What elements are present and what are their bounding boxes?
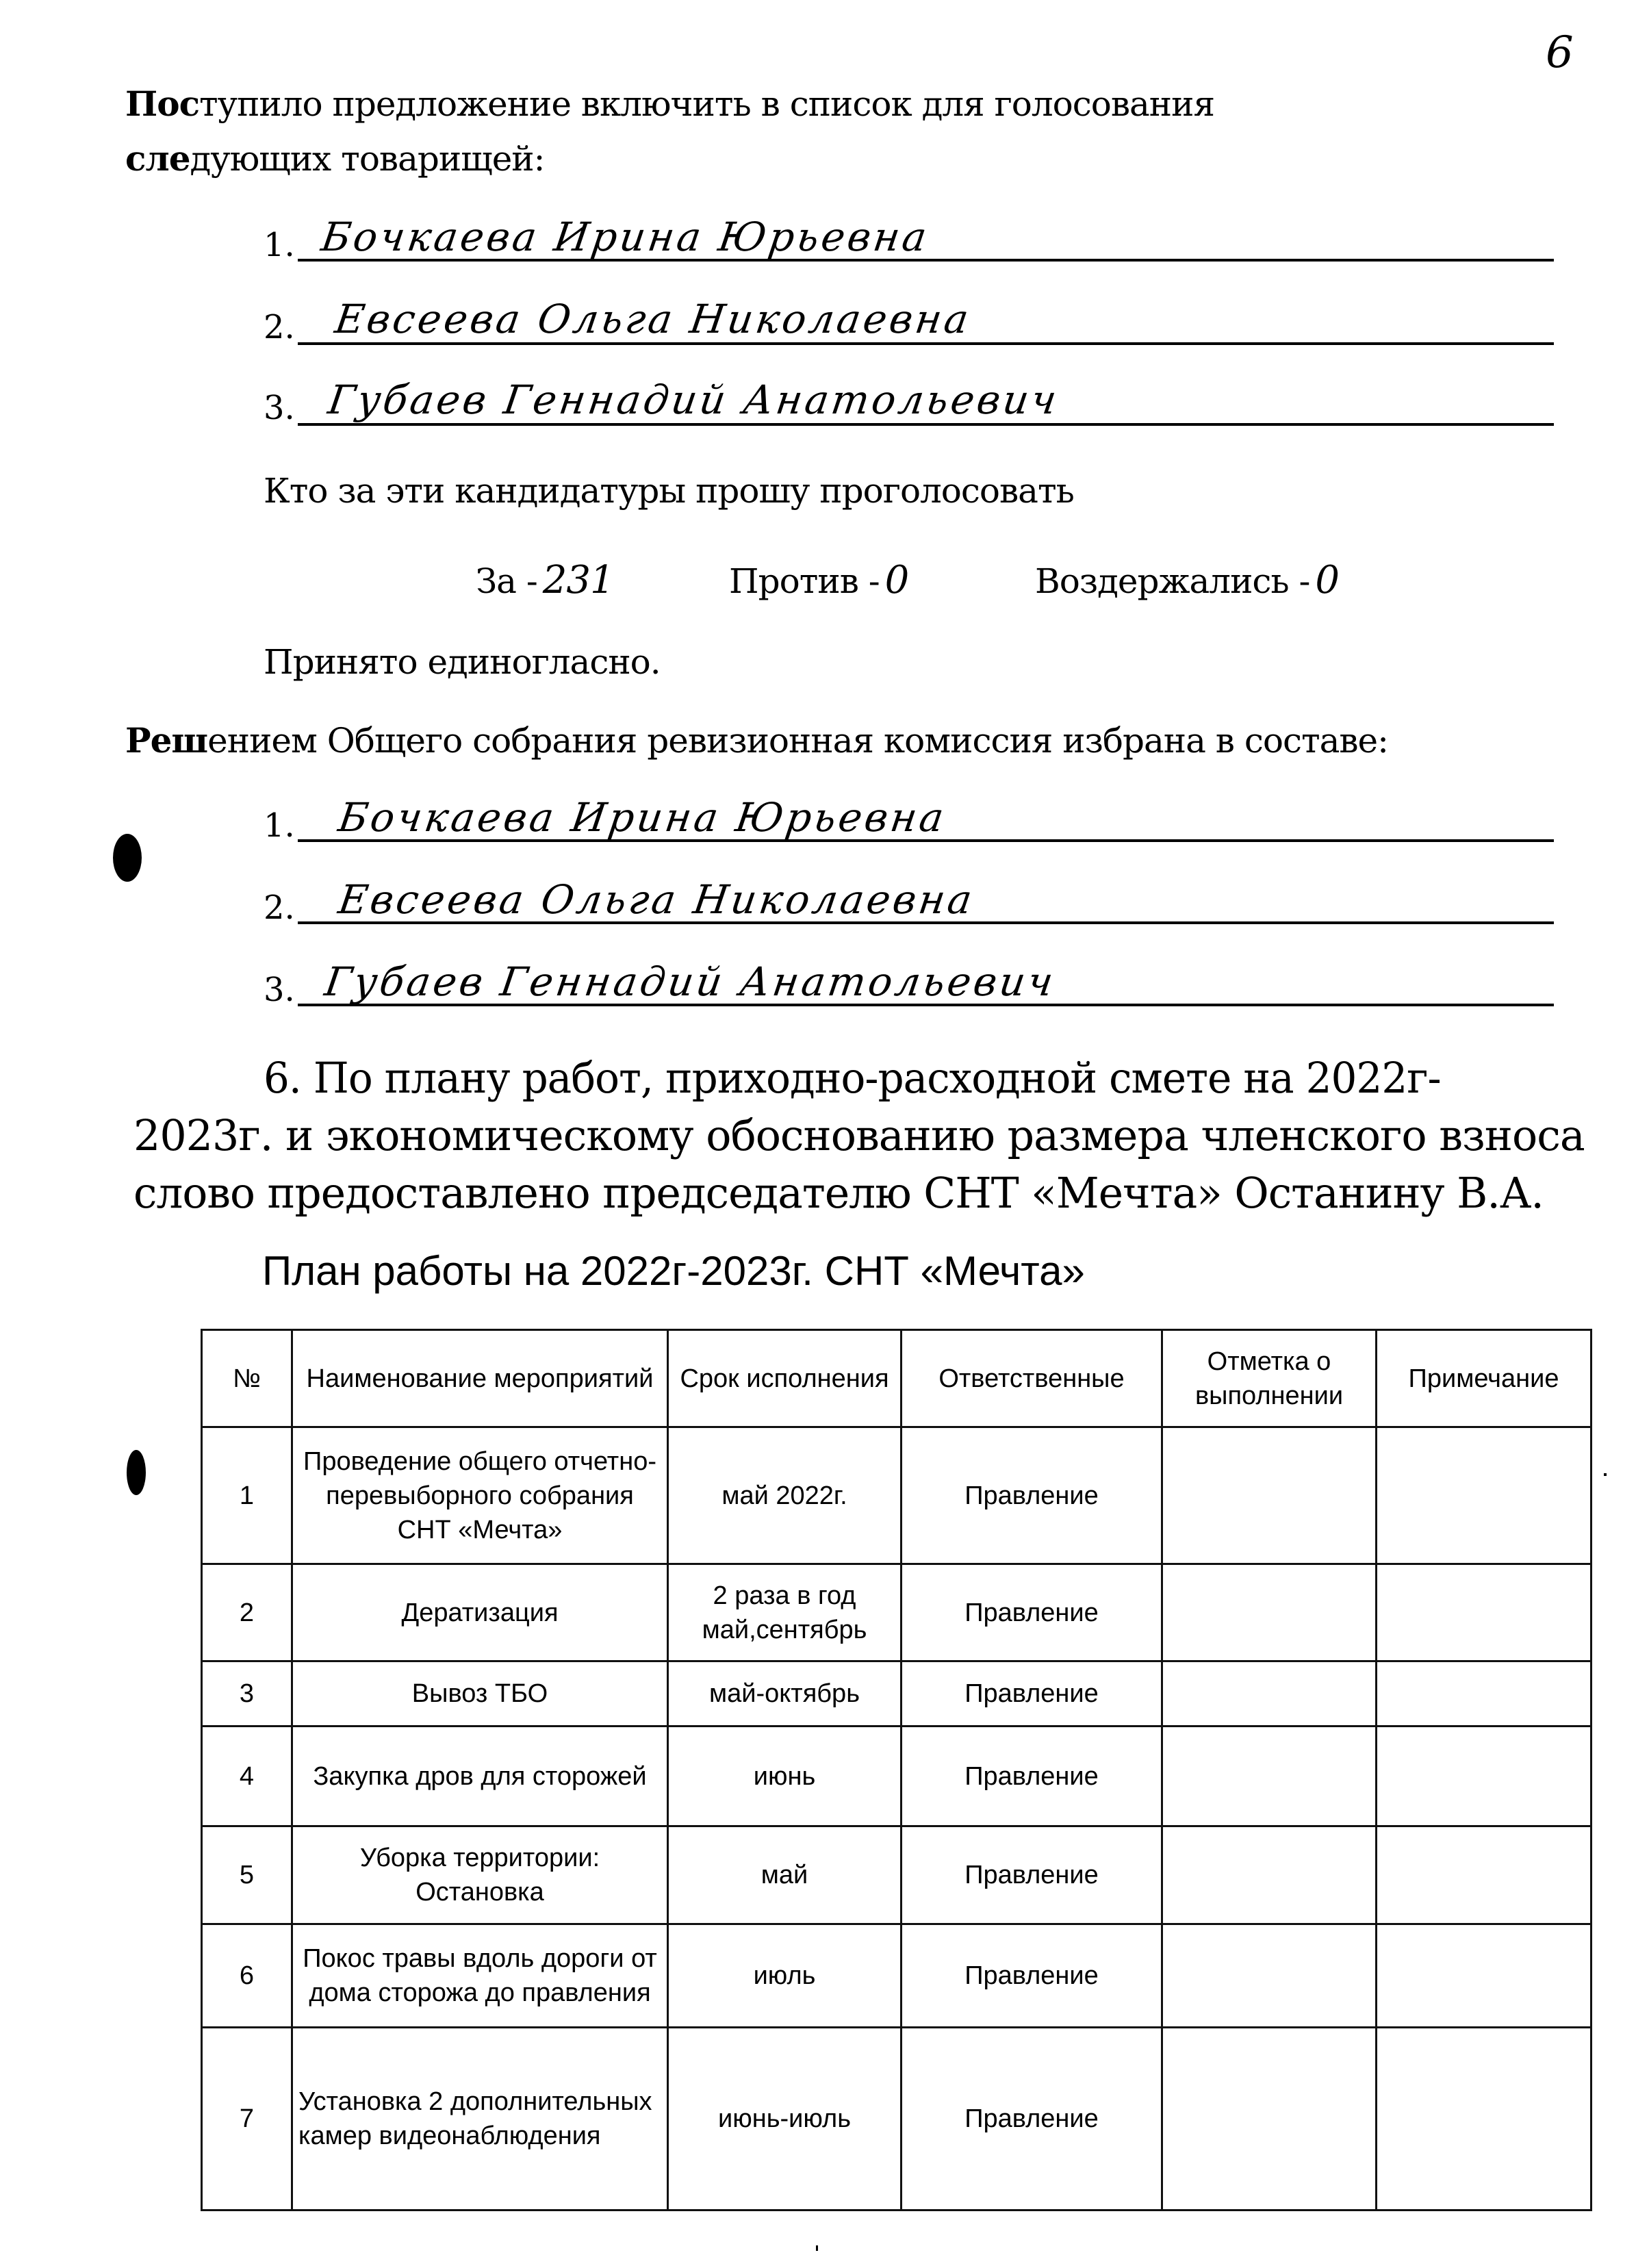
row-note bbox=[1377, 1924, 1592, 2028]
row-number: 1 bbox=[202, 1427, 292, 1564]
row-number: 6 bbox=[202, 1924, 292, 2028]
candidate-name-handwritten: Евсеева Ольга Николаевна bbox=[332, 296, 974, 342]
commission-name-handwritten: Евсеева Ольга Николаевна bbox=[335, 876, 977, 923]
decision-bold-lead: Реш bbox=[125, 720, 207, 761]
row-note bbox=[1377, 1826, 1592, 1924]
vote-request: Кто за эти кандидатуры прошу проголосова… bbox=[264, 471, 1074, 511]
vote-abstained: Воздержались -0 bbox=[1035, 558, 1339, 602]
vote-for-label: За - bbox=[476, 561, 537, 601]
row-responsible: Правление bbox=[902, 1427, 1162, 1564]
commission-num: 2. bbox=[264, 889, 295, 927]
vote-abstained-value: 0 bbox=[1315, 558, 1339, 602]
row-completion-mark bbox=[1162, 2028, 1377, 2210]
table-row: 3Вывоз ТБОмай-октябрьПравление bbox=[202, 1661, 1592, 1727]
vote-against: Против -0 bbox=[729, 558, 908, 602]
row-responsible: Правление bbox=[902, 1727, 1162, 1826]
punch-hole-mark bbox=[113, 834, 142, 882]
table-row: 5Уборка территории: ОстановкамайПравлени… bbox=[202, 1826, 1592, 1924]
row-note bbox=[1377, 1727, 1592, 1826]
candidate-num: 2. bbox=[264, 308, 295, 346]
row-number: 5 bbox=[202, 1826, 292, 1924]
proposal-bold-lead-2: сле bbox=[125, 138, 190, 179]
row-activity: Закупка дров для сторожей bbox=[292, 1727, 668, 1826]
row-responsible: Правление bbox=[902, 2028, 1162, 2210]
decision-line: Решением Общего собрания ревизионная ком… bbox=[125, 720, 1388, 761]
candidate-num: 1. bbox=[264, 226, 295, 264]
candidate-name-handwritten: Губаев Геннадий Анатольевич bbox=[325, 377, 1062, 423]
candidate-name-handwritten: Бочкаева Ирина Юрьевна bbox=[318, 214, 932, 260]
commission-name-handwritten: Бочкаева Ирина Юрьевна bbox=[335, 794, 949, 841]
row-note bbox=[1377, 1427, 1592, 1564]
proposal-bold-lead: Пос bbox=[125, 84, 199, 124]
row-term: июнь-июль bbox=[668, 2028, 902, 2210]
row-completion-mark bbox=[1162, 1564, 1377, 1661]
signature-underline bbox=[298, 423, 1554, 426]
table-row: 2Дератизация2 раза в год май,сентябрьПра… bbox=[202, 1564, 1592, 1661]
row-number: 4 bbox=[202, 1727, 292, 1826]
table-row: 4Закупка дров для сторожейиюньПравление bbox=[202, 1727, 1592, 1826]
row-term: май bbox=[668, 1826, 902, 1924]
punch-hole-mark bbox=[127, 1450, 146, 1495]
vote-abstained-label: Воздержались - bbox=[1035, 561, 1309, 601]
row-term: июль bbox=[668, 1924, 902, 2028]
vote-against-label: Против - bbox=[729, 561, 880, 601]
row-completion-mark bbox=[1162, 1826, 1377, 1924]
row-completion-mark bbox=[1162, 1427, 1377, 1564]
row-responsible: Правление bbox=[902, 1924, 1162, 2028]
row-completion-mark bbox=[1162, 1727, 1377, 1826]
scan-speck bbox=[816, 2245, 818, 2251]
table-row: 6Покос травы вдоль дороги от дома сторож… bbox=[202, 1924, 1592, 2028]
plan-table: № Наименование мероприятий Срок исполнен… bbox=[201, 1329, 1592, 2211]
row-completion-mark bbox=[1162, 1661, 1377, 1727]
vote-for-value: 231 bbox=[543, 558, 614, 602]
col-header-term: Срок исполнения bbox=[668, 1330, 902, 1427]
item6-line-1: 6. По плану работ, приходно-расходной см… bbox=[264, 1053, 1441, 1103]
col-header-mark: Отметка о выполнении bbox=[1162, 1330, 1377, 1427]
row-activity: Уборка территории: Остановка bbox=[292, 1826, 668, 1924]
commission-num: 1. bbox=[264, 806, 295, 845]
row-activity: Проведение общего отчетно- перевыборного… bbox=[292, 1427, 668, 1564]
row-completion-mark bbox=[1162, 1924, 1377, 2028]
table-row: 7Установка 2 дополнительных камер видеон… bbox=[202, 2028, 1592, 2210]
plan-title: План работы на 2022г-2023г. СНТ «Мечта» bbox=[262, 1247, 1085, 1295]
item6-line-3: слово предоставлено председателю СНТ «Ме… bbox=[133, 1168, 1544, 1218]
proposal-line-2: следующих товарищей: bbox=[125, 138, 544, 179]
candidate-num: 3. bbox=[264, 389, 295, 427]
vote-result: Принято единогласно. bbox=[264, 642, 661, 682]
row-number: 7 bbox=[202, 2028, 292, 2210]
vote-against-value: 0 bbox=[885, 558, 909, 602]
table-row: 1Проведение общего отчетно- перевыборног… bbox=[202, 1427, 1592, 1564]
proposal-text-2: дующих товарищей: bbox=[190, 139, 545, 179]
col-header-name: Наименование мероприятий bbox=[292, 1330, 668, 1427]
vote-for: За -231 bbox=[476, 558, 614, 602]
row-term: май-октябрь bbox=[668, 1661, 902, 1727]
row-note bbox=[1377, 1661, 1592, 1727]
row-activity: Вывоз ТБО bbox=[292, 1661, 668, 1727]
col-header-number: № bbox=[202, 1330, 292, 1427]
row-responsible: Правление bbox=[902, 1564, 1162, 1661]
commission-name-handwritten: Губаев Геннадий Анатольевич bbox=[322, 958, 1058, 1005]
row-term: май 2022г. bbox=[668, 1427, 902, 1564]
row-responsible: Правление bbox=[902, 1661, 1162, 1727]
proposal-text: тупило предложение включить в список для… bbox=[199, 84, 1214, 124]
col-header-note: Примечание bbox=[1377, 1330, 1592, 1427]
row-note bbox=[1377, 2028, 1592, 2210]
row-activity: Дератизация bbox=[292, 1564, 668, 1661]
scan-speck bbox=[1604, 1473, 1607, 1476]
signature-underline bbox=[298, 342, 1554, 345]
table-header-row: № Наименование мероприятий Срок исполнен… bbox=[202, 1330, 1592, 1427]
row-activity: Покос травы вдоль дороги от дома сторожа… bbox=[292, 1924, 668, 2028]
row-note bbox=[1377, 1564, 1592, 1661]
row-number: 3 bbox=[202, 1661, 292, 1727]
row-term: июнь bbox=[668, 1727, 902, 1826]
row-number: 2 bbox=[202, 1564, 292, 1661]
page-number: 6 bbox=[1546, 27, 1574, 78]
row-responsible: Правление bbox=[902, 1826, 1162, 1924]
proposal-line-1: Поступило предложение включить в список … bbox=[125, 84, 1214, 124]
item6-line-2: 2023г. и экономическому обоснованию разм… bbox=[133, 1110, 1585, 1160]
row-term: 2 раза в год май,сентябрь bbox=[668, 1564, 902, 1661]
commission-num: 3. bbox=[264, 971, 295, 1009]
col-header-responsible: Ответственные bbox=[902, 1330, 1162, 1427]
decision-text: ением Общего собрания ревизионная комисс… bbox=[207, 721, 1388, 761]
row-activity: Установка 2 дополнительных камер видеона… bbox=[292, 2028, 668, 2210]
